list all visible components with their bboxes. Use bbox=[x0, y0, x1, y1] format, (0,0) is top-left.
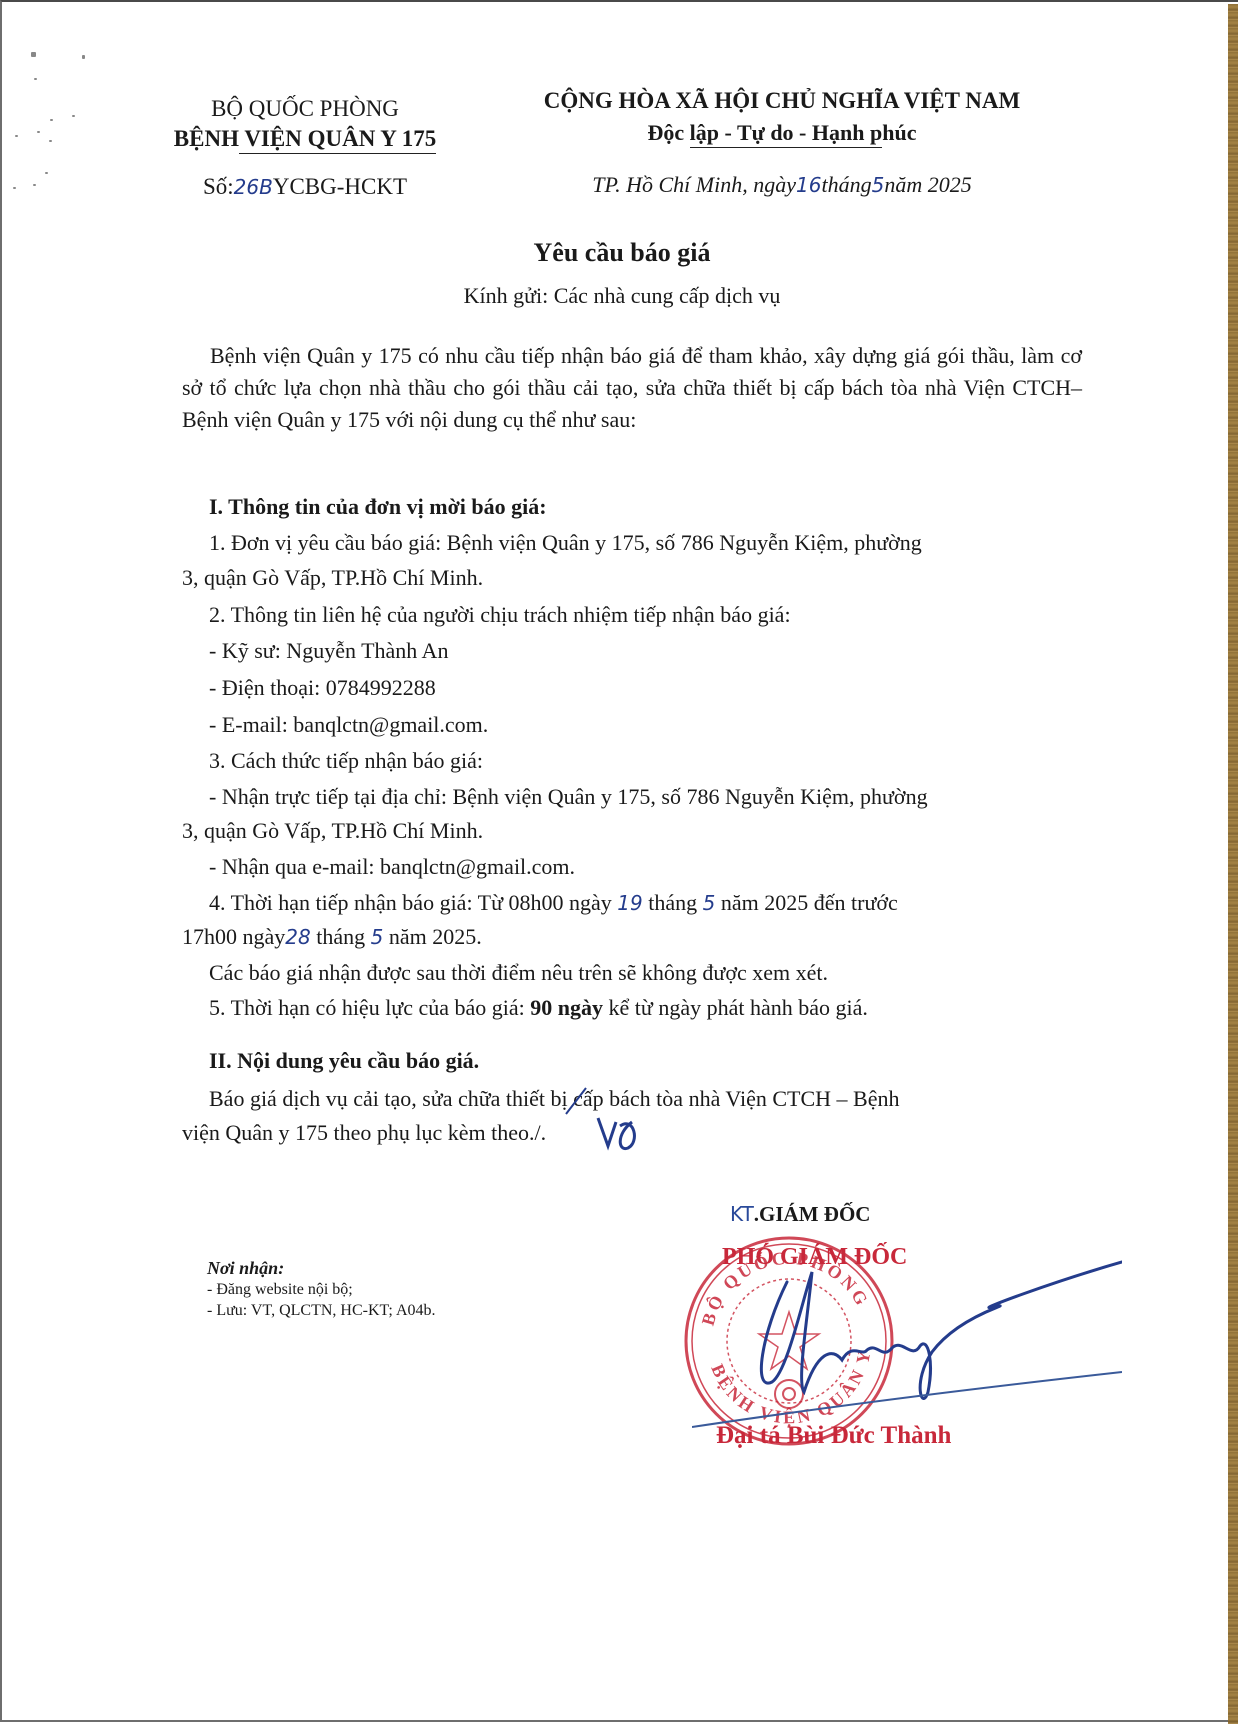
doc-number-suffix: YCBG-HCKT bbox=[273, 174, 407, 199]
contact-engineer: - Kỹ sư: Nguyễn Thành An bbox=[209, 638, 448, 664]
section-1-heading: I. Thông tin của đơn vị mời báo giá: bbox=[209, 494, 547, 520]
recipients-heading: Nơi nhận: bbox=[207, 1258, 436, 1279]
national-motto: Độc lập - Tự do - Hạnh phúc bbox=[502, 120, 1062, 146]
item-1-line-2: 3, quận Gò Vấp, TP.Hồ Chí Minh. bbox=[182, 565, 483, 591]
hospital-name: BỆNH VIỆN QUÂN Y 175 bbox=[140, 126, 470, 152]
item-1-line-1: 1. Đơn vị yêu cầu báo giá: Bệnh viện Quâ… bbox=[209, 530, 922, 556]
motto-part: húc bbox=[882, 120, 916, 145]
item-5: 5. Thời hạn có hiệu lực của báo giá: 90 … bbox=[209, 995, 868, 1021]
hospital-name-underlined: VIỆN QUÂN Y 175 bbox=[239, 126, 436, 154]
scan-paper-edge bbox=[1228, 4, 1238, 1724]
item-4-text: 17h00 ngày bbox=[182, 924, 285, 949]
contact-email: - E-mail: banqlctn@gmail.com. bbox=[209, 712, 488, 738]
recipients-block: Nơi nhận: - Đăng website nội bộ; - Lưu: … bbox=[207, 1258, 436, 1321]
recipient-item: - Lưu: VT, QLCTN, HC-KT; A04b. bbox=[207, 1300, 436, 1321]
item-3: 3. Cách thức tiếp nhận báo giá: bbox=[209, 748, 483, 774]
item-4-text: 4. Thời hạn tiếp nhận báo giá: Từ 08h00 … bbox=[209, 890, 612, 915]
to-month-handwritten: 5 bbox=[371, 925, 384, 949]
doc-number-handwritten: 26B bbox=[234, 175, 273, 199]
place-date: TP. Hồ Chí Minh, ngày16tháng5năm 2025 bbox=[502, 172, 1062, 198]
motto-part: Độc bbox=[648, 120, 690, 145]
receive-direct-line-1: - Nhận trực tiếp tại địa chỉ: Bệnh viện … bbox=[209, 784, 928, 810]
item-4-text: năm 2025 đến trước bbox=[721, 890, 898, 915]
ministry-name: BỘ QUỐC PHÒNG bbox=[150, 96, 460, 122]
initials-mark bbox=[594, 1112, 644, 1154]
contact-phone: - Điện thoại: 0784992288 bbox=[209, 675, 436, 701]
date-month-handwritten: 5 bbox=[872, 173, 885, 197]
item-4-text: tháng bbox=[316, 924, 365, 949]
director-title: .GIÁM ĐỐC bbox=[754, 1202, 871, 1226]
scanned-page: BỘ QUỐC PHÒNG BỆNH VIỆN QUÂN Y 175 Số:26… bbox=[0, 0, 1238, 1722]
intro-paragraph: Bệnh viện Quân y 175 có nhu cầu tiếp nhậ… bbox=[182, 340, 1082, 436]
late-submission-note: Các báo giá nhận được sau thời điểm nêu … bbox=[209, 960, 828, 986]
motto-underlined: lập - Tự do - Hạnh p bbox=[690, 120, 883, 148]
to-day-handwritten: 28 bbox=[285, 925, 310, 949]
date-year: năm 2025 bbox=[884, 172, 971, 197]
section-2-line-2: viện Quân y 175 theo phụ lục kèm theo./. bbox=[182, 1120, 546, 1146]
hospital-name-prefix: BỆNH bbox=[174, 126, 239, 151]
document-title: Yêu cầu báo giá bbox=[2, 238, 1240, 268]
section-2-heading: II. Nội dung yêu cầu báo giá. bbox=[209, 1048, 479, 1074]
handwritten-signature bbox=[692, 1242, 1122, 1452]
date-prefix: TP. Hồ Chí Minh, ngày bbox=[592, 172, 796, 197]
signatory-name: Đại tá Bùi Đức Thành bbox=[716, 1422, 951, 1450]
item-4-line-1: 4. Thời hạn tiếp nhận báo giá: Từ 08h00 … bbox=[209, 890, 898, 916]
item-4-text: tháng bbox=[648, 890, 697, 915]
document-number: Số:26BYCBG-HCKT bbox=[150, 174, 460, 200]
kt-handwritten: KT bbox=[730, 1202, 754, 1226]
item-4-text: năm 2025. bbox=[389, 924, 482, 949]
from-month-handwritten: 5 bbox=[703, 891, 716, 915]
correction-stroke bbox=[562, 1084, 592, 1118]
item-5-text: kể từ ngày phát hành báo giá. bbox=[603, 995, 868, 1020]
item-5-text: 5. Thời hạn có hiệu lực của báo giá: bbox=[209, 995, 530, 1020]
recipient-item: - Đăng website nội bộ; bbox=[207, 1279, 436, 1300]
republic-title: CỘNG HÒA XÃ HỘI CHỦ NGHĨA VIỆT NAM bbox=[502, 88, 1062, 114]
from-day-handwritten: 19 bbox=[617, 891, 642, 915]
item-4-line-2: 17h00 ngày28 tháng 5 năm 2025. bbox=[182, 924, 482, 950]
section-2-line-1: Báo giá dịch vụ cải tạo, sửa chữa thiết … bbox=[209, 1086, 900, 1112]
item-2: 2. Thông tin liên hệ của người chịu trác… bbox=[209, 602, 791, 628]
receive-via-email: - Nhận qua e-mail: banqlctn@gmail.com. bbox=[209, 854, 575, 880]
doc-number-label: Số: bbox=[203, 174, 234, 199]
validity-days: 90 ngày bbox=[530, 995, 603, 1020]
receive-direct-line-2: 3, quận Gò Vấp, TP.Hồ Chí Minh. bbox=[182, 818, 483, 844]
greeting: Kính gửi: Các nhà cung cấp dịch vụ bbox=[2, 283, 1240, 309]
date-month-label: tháng bbox=[821, 172, 871, 197]
date-day-handwritten: 16 bbox=[796, 173, 821, 197]
signatory-authority: KT.GIÁM ĐỐC bbox=[730, 1202, 870, 1227]
